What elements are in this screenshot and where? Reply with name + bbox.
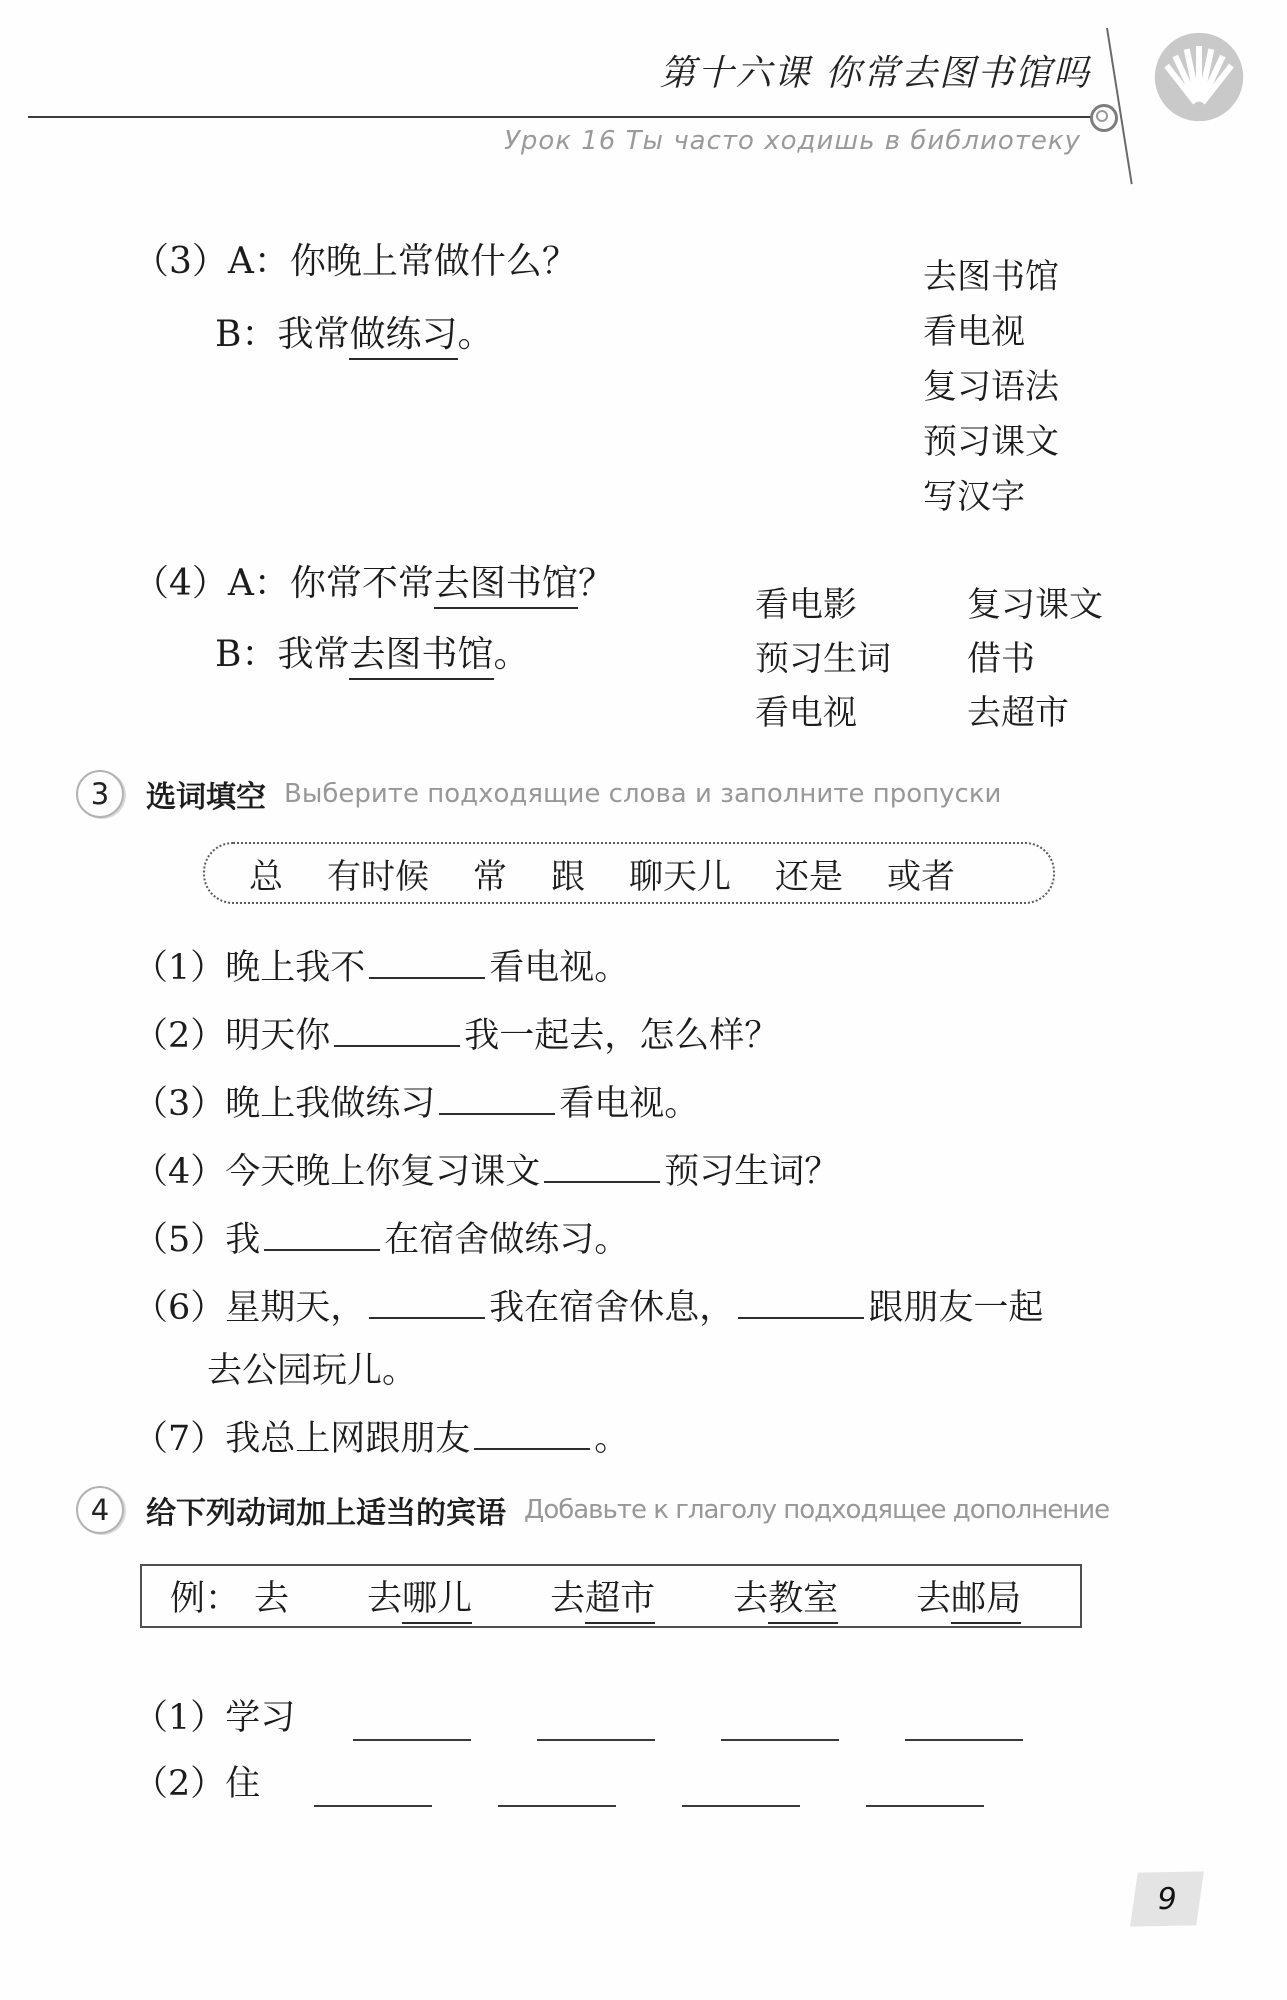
answer-blank — [369, 1282, 485, 1319]
item-text: 去公园玩儿。 — [207, 1351, 417, 1391]
item-number: （4） — [133, 563, 228, 604]
fill-item-7: （7）我总上网跟朋友。 — [133, 1413, 1043, 1460]
example-verb: 去 — [254, 1571, 289, 1621]
answer-blank — [334, 1010, 460, 1047]
item-text: 跟朋友一起 — [868, 1288, 1043, 1328]
word-option: 复习课文 — [967, 578, 1103, 632]
speaker-b-label: B： — [215, 634, 277, 675]
speaker-b-punct: 。 — [458, 314, 494, 355]
word-option: 去超市 — [967, 686, 1103, 740]
item-number: （2） — [133, 1016, 225, 1056]
speaker-a-label: A： — [228, 241, 290, 282]
answer-blank — [905, 1704, 1023, 1741]
answer-blank — [353, 1704, 471, 1741]
verb-item-1: （1）学习 — [133, 1690, 1023, 1740]
speaker-b-label: B： — [215, 314, 277, 355]
fill-item-5: （5）我在宿舍做练习。 — [133, 1214, 1043, 1261]
word-option: 复习语法 — [923, 360, 1059, 415]
answer-blanks-row — [353, 1704, 1023, 1741]
item-text: 我 — [225, 1220, 260, 1260]
example-label: 例： — [170, 1571, 240, 1621]
fill-item-6: （6）星期天，我在宿舍休息，跟朋友一起 — [133, 1282, 1043, 1329]
section-title-chinese: 给下列动词加上适当的宾语 — [146, 1488, 506, 1532]
lesson-title-russian: Урок 16 Ты часто ходишь в библиотеку — [504, 126, 1081, 156]
workbook-page: 第十六课 你常去图书馆吗 Урок 16 Ты часто ходишь в б… — [0, 0, 1287, 2000]
underlined-object: 超市 — [585, 1579, 655, 1624]
example-phrase: 去超市 — [550, 1571, 655, 1621]
dialogue-4: （4）A：你常不常去图书馆？ B：我常去图书馆。 — [133, 562, 614, 676]
answer-blank — [738, 1282, 864, 1319]
item-text: 我总上网跟朋友 — [225, 1419, 470, 1459]
publisher-book-logo-icon — [1152, 30, 1246, 124]
bank-word: 常 — [473, 849, 507, 898]
fill-in-items: （1）晚上我不看电视。 （2）明天你我一起去，怎么样？ （3）晚上我做练习看电视… — [133, 942, 1043, 1460]
dialogue-4-line-a: （4）A：你常不常去图书馆？ — [133, 562, 614, 605]
item-text: 看电视。 — [489, 948, 629, 988]
lesson-title-chinese: 第十六课 你常去图书馆吗 — [660, 52, 1091, 95]
bank-word: 跟 — [551, 849, 585, 898]
word-option: 预习课文 — [923, 415, 1059, 470]
bank-word: 聊天儿 — [629, 849, 731, 898]
section-number-badge: 3 — [76, 770, 124, 818]
dialogue-3-line-a: （3）A：你晚上常做什么？ — [133, 240, 578, 283]
item-number: （1） — [133, 1698, 225, 1738]
item-number: （3） — [133, 1084, 225, 1124]
word-option: 看电视 — [755, 686, 935, 740]
item-number: （7） — [133, 1419, 225, 1459]
section-number-badge: 4 — [76, 1486, 124, 1534]
section-title-chinese: 选词填空 — [146, 772, 266, 816]
item-number: （6） — [133, 1288, 225, 1328]
bank-word: 有时候 — [327, 849, 429, 898]
word-option: 去图书馆 — [923, 250, 1059, 305]
speaker-a-label: A： — [228, 563, 290, 604]
answer-blank — [439, 1078, 555, 1115]
underlined-object: 邮局 — [951, 1579, 1021, 1624]
item-text: 晚上我做练习 — [225, 1084, 435, 1124]
answer-blank — [537, 1704, 655, 1741]
item-number: （3） — [133, 241, 228, 282]
word-option: 借书 — [967, 632, 1103, 686]
verb-item-2: （2）住 — [133, 1756, 984, 1806]
item-text: 看电视。 — [559, 1084, 699, 1124]
answer-blank — [866, 1770, 984, 1807]
item-text: 明天你 — [225, 1016, 330, 1056]
item-text: 。 — [594, 1419, 629, 1459]
underlined-answer: 做练习 — [349, 314, 457, 360]
verb-text: 学习 — [225, 1698, 295, 1738]
dialogue-3-line-b: B：我常做练习。 — [215, 313, 578, 356]
answer-blanks-row — [314, 1770, 984, 1807]
example-phrase: 去哪儿 — [367, 1571, 472, 1621]
speaker-b-punct: 。 — [494, 634, 530, 675]
speaker-b-text: 我常 — [277, 634, 349, 675]
answer-blank — [544, 1146, 660, 1183]
example-box: 例： 去 去哪儿 去超市 去教室 去邮局 — [140, 1564, 1082, 1628]
item-number: （4） — [133, 1152, 225, 1192]
bank-word: 还是 — [775, 849, 843, 898]
answer-blank — [314, 1770, 432, 1807]
section-3-header: 3 选词填空 Выберите подходящие слова и запол… — [76, 770, 1001, 818]
word-option: 看电影 — [755, 578, 935, 632]
speaker-a-text: 你常不常 — [290, 563, 434, 604]
speaker-a-text: 你晚上常做什么？ — [290, 241, 578, 282]
binding-ring-icon — [1090, 104, 1118, 132]
item-text: 星期天， — [225, 1288, 365, 1328]
example-phrase: 去教室 — [733, 1571, 838, 1621]
example-phrase: 去邮局 — [916, 1571, 1021, 1621]
fill-item-6-line-2: 去公园玩儿。 — [207, 1350, 1043, 1392]
header-divider — [28, 116, 1094, 118]
dialogue-4-line-b: B：我常去图书馆。 — [215, 633, 614, 676]
fill-item-4: （4）今天晚上你复习课文预习生词？ — [133, 1146, 1043, 1193]
item-text: 预习生词？ — [664, 1152, 839, 1192]
page-number: 9 — [1130, 1871, 1204, 1926]
fill-item-1: （1）晚上我不看电视。 — [133, 942, 1043, 989]
item-text: 今天晚上你复习课文 — [225, 1152, 540, 1192]
fill-item-3: （3）晚上我做练习看电视。 — [133, 1078, 1043, 1125]
fill-item-2: （2）明天你我一起去，怎么样？ — [133, 1010, 1043, 1057]
word-option: 看电视 — [923, 305, 1059, 360]
word-bank-box: 总 有时候 常 跟 聊天儿 还是 或者 — [203, 842, 1055, 904]
answer-blank — [474, 1413, 590, 1450]
word-list-exercise-4: 看电影 复习课文 预习生词 借书 看电视 去超市 — [755, 578, 1103, 740]
answer-blank — [498, 1770, 616, 1807]
answer-blank — [721, 1704, 839, 1741]
underlined-object: 教室 — [768, 1579, 838, 1624]
answer-blank — [682, 1770, 800, 1807]
speaker-b-text: 我常 — [277, 314, 349, 355]
underlined-answer: 去图书馆 — [434, 563, 578, 609]
section-title-russian: Выберите подходящие слова и заполните пр… — [284, 779, 1001, 809]
item-number: （1） — [133, 948, 225, 988]
verb-text: 住 — [225, 1764, 260, 1804]
answer-blank — [369, 942, 485, 979]
speaker-a-punct: ？ — [578, 563, 614, 604]
underlined-answer: 去图书馆 — [349, 634, 493, 680]
item-number: （2） — [133, 1764, 225, 1804]
word-option: 写汉字 — [923, 470, 1059, 525]
bank-word: 或者 — [887, 849, 955, 898]
item-text: 在宿舍做练习。 — [384, 1220, 629, 1260]
answer-blank — [264, 1214, 380, 1251]
dialogue-3: （3）A：你晚上常做什么？ B：我常做练习。 — [133, 240, 578, 356]
section-title-russian: Добавьте к глаголу подходящее дополнение — [524, 1495, 1109, 1525]
bank-word: 总 — [249, 849, 283, 898]
word-option: 预习生词 — [755, 632, 935, 686]
item-number: （5） — [133, 1220, 225, 1260]
underlined-object: 哪儿 — [402, 1579, 472, 1624]
item-text: 我一起去，怎么样？ — [464, 1016, 779, 1056]
item-text: 晚上我不 — [225, 948, 365, 988]
word-list-exercise-3: 去图书馆 看电视 复习语法 预习课文 写汉字 — [923, 250, 1059, 525]
item-text: 我在宿舍休息， — [489, 1288, 734, 1328]
section-4-header: 4 给下列动词加上适当的宾语 Добавьте к глаголу подход… — [76, 1486, 1109, 1534]
